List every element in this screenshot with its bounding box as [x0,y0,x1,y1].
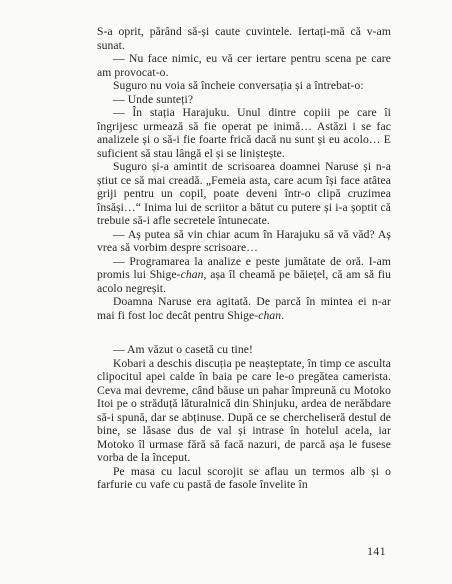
body-text: S-a oprit, părând să-și caute cuvintele.… [97,25,391,492]
paragraph-dialogue: — Programarea la analize e peste jumătat… [97,255,391,296]
paragraph-continuation: S-a oprit, părând să-și caute cuvintele.… [97,25,391,52]
text-segment: — Am văzut o casetă cu tine! [113,343,253,356]
paragraph: Kobari a deschis discuția pe neașteptate… [97,357,391,465]
italic-text-segment: chan [181,268,204,281]
book-page: S-a oprit, părând să-și caute cuvintele.… [0,0,452,584]
paragraph-dialogue: — Nu face nimic, eu vă cer iertare pentr… [97,52,391,79]
paragraph: Suguro nu voia să încheie conversația și… [97,79,391,93]
text-segment: Suguro și-a amintit de scrisoarea doamne… [97,160,391,227]
text-segment: — În stația Harajuku. Unul dintre copiii… [97,106,391,160]
paragraph: Doamna Naruse era agitată. De parcă în m… [97,295,391,322]
text-segment: Kobari a deschis discuția pe neașteptate… [97,357,391,465]
text-segment: . [281,309,284,322]
text-segment: Doamna Naruse era agitată. De parcă în m… [97,295,391,322]
text-segment: Pe masa cu lacul scorojit se aflau un te… [97,465,391,492]
text-segment: — Unde sunteți? [113,93,193,106]
paragraph-dialogue: — În stația Harajuku. Unul dintre copiii… [97,106,391,160]
italic-text-segment: chan [258,309,281,322]
paragraph: Suguro și-a amintit de scrisoarea doamne… [97,160,391,228]
paragraph-dialogue: — Aș putea să vin chiar acum în Harajuku… [97,228,391,255]
text-segment: — Nu face nimic, eu vă cer iertare pentr… [97,52,391,79]
text-segment: Suguro nu voia să încheie conversația și… [113,79,364,92]
text-segment: — Aș putea să vin chiar acum în Harajuku… [97,228,391,255]
paragraph: Pe masa cu lacul scorojit se aflau un te… [97,465,391,492]
paragraph-dialogue: — Am văzut o casetă cu tine! [97,343,391,357]
page-number: 141 [97,545,386,559]
text-segment: S-a oprit, părând să-și caute cuvintele.… [97,25,391,52]
paragraph-dialogue: — Unde sunteți? [97,93,391,107]
